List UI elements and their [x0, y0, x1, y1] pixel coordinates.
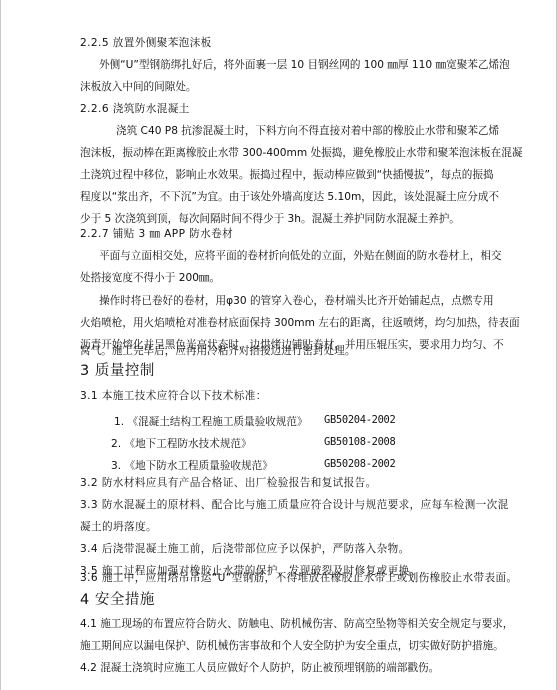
paragraph-line: 外侧“U”型钢筋绑扎好后，将外面裹一层 10 目钢丝网的 100 ㎜厚 110 … — [99, 58, 510, 72]
document-page: 2.2.5 放置外侧聚苯泡沫板 外侧“U”型钢筋绑扎好后，将外面裹一层 10 目… — [0, 0, 557, 690]
standard-code: GB50108-2008 — [324, 436, 395, 448]
section-heading-quality-control: 3 质量控制 — [80, 362, 155, 380]
subsection-heading-2-2-7: 2.2.7 铺贴 3 ㎜ APP 防水卷材 — [80, 227, 233, 241]
standard-title: 2. 《地下工程防水技术规范》 — [111, 436, 252, 451]
paragraph-line: 程度以“浆出齐，不下沉”为宜。由于该处外墙高度达 5.10m，因此，该处混凝土应… — [80, 190, 499, 204]
paragraph-line: 土浇筑过程中移位，影响止水效果。振捣过程中，振动棒应做到“快插慢拔”，每点的振捣 — [80, 168, 494, 182]
paragraph-line: 火焰喷枪，用火焰喷枪对准卷材底面保持 300mm 左右的距离，往返喷烤，均匀加热… — [80, 316, 520, 330]
clause-3-2: 3.2 防水材料应具有产品合格证、出厂检验报告和复试报告。 — [80, 476, 377, 490]
paragraph-line: 处搭接宽度不得小于 200㎜。 — [80, 271, 220, 285]
paragraph-line: 沫板放入中间的间隙处。 — [80, 80, 197, 94]
standard-title: 1. 《混凝土结构工程施工质量验收规范》 — [114, 414, 308, 429]
paragraph-line: 窝气。施工完毕后，应再用冷粘齐对搭接边进行密封处理。 — [80, 344, 355, 358]
clause-3-1: 3.1 本施工技术应符合以下技术标准： — [80, 389, 267, 403]
clause-4-1: 4.1 施工现场的布置应符合防火、防触电、防机械伤害、防高空坠物等相关安全规定与… — [80, 617, 513, 631]
clause-3-3: 3.3 防水混凝土的原材料、配合比与施工质量应符合设计与规范要求，应每车检测一次… — [80, 498, 509, 512]
section-heading-safety-measures: 4 安全措施 — [80, 591, 155, 609]
clause-3-6: 3.6 施工中，应用塔吊吊运“U”型钢筋，不得堆放在橡胶止水带上或划伤橡胶止水带… — [80, 571, 518, 585]
standard-code: GB50208-2002 — [324, 458, 395, 470]
paragraph-line: 施工期间应以漏电保护、防机械伤害事故和个人安全防护为安全重点，切实做好防护措施。 — [80, 639, 504, 653]
clause-3-4: 3.4 后浇带混凝土施工前，后浇带部位应予以保护，严防落入杂物。 — [80, 542, 410, 556]
paragraph-line: 凝土的坍落度。 — [80, 520, 157, 534]
subsection-heading-2-2-5: 2.2.5 放置外侧聚苯泡沫板 — [80, 36, 212, 50]
clause-4-2: 4.2 混凝土浇筑时应施工人员应做好个人防护，防止被预埋钢筋的端部戳伤。 — [80, 661, 439, 675]
paragraph-line: 泡沫板，振动棒在距离橡胶止水带 300-400mm 处振捣，避免橡胶止水带和聚苯… — [80, 146, 522, 160]
paragraph-line: 浇筑 C40 P8 抗渗混凝土时，下料方向不得直接对着中部的橡胶止水带和聚苯乙烯 — [116, 124, 499, 138]
standard-title: 3. 《地下防水工程质量验收规范》 — [111, 458, 273, 473]
paragraph-line: 平面与立面相交处，应将平面的卷材折向低处的立面，外贴在侧面的防水卷材上，相交 — [99, 249, 502, 263]
standard-code: GB50204-2002 — [324, 414, 395, 426]
subsection-heading-2-2-6: 2.2.6 浇筑防水混凝土 — [80, 102, 190, 116]
paragraph-line: 少于 5 次浇筑到顶，每次间隔时间不得少于 3h。混凝土养护同防水混凝土养护。 — [80, 212, 460, 226]
paragraph-line: 操作时将已卷好的卷材，用φ30 的管穿入卷心，卷材端头比齐开始铺起点，点燃专用 — [99, 294, 494, 308]
